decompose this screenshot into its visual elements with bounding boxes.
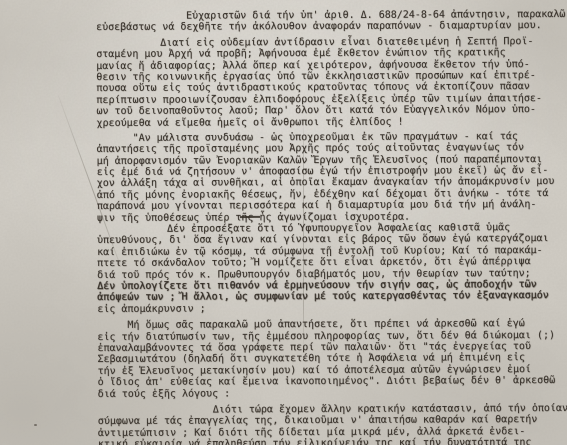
document-line: διά τούς ἑξῆς λόγους : <box>98 386 567 399</box>
paragraph-new-state-situation: Διότι τώρα ἔχομεν ἄλλην κρατικήν κατάστα… <box>98 403 567 445</box>
document-line: εἰς ἀπομάκρυνσιν ; <box>97 302 567 315</box>
paragraph-security-ministry: Δέν ἐπροσέξατε ὅτι τό Ὑφυπουργεῖον Ἀσφαλ… <box>97 222 567 315</box>
document-line: κτική εὐκαιρία νά ἐπαληθεύση τήν εἰλικρί… <box>98 437 567 445</box>
typewritten-text-block: Εὐχαριστῶν διά τήν ὑπ' ἀριθ. Δ. 688/24-8… <box>96 9 567 445</box>
document-line: εὐσεβάστως νά δεχθῆτε τήν ἀκόλουθον ἀναφ… <box>96 20 567 33</box>
paragraph-why-no-reaction: Διατί εἰς οὐδεμίαν ἀντίδρασιν εἶναι διατ… <box>96 36 567 129</box>
document-line: χρεούμεθα νά εἴμεθα ἡμεῖς οἱ ἄνθρωποι τῆ… <box>96 115 567 128</box>
paragraph-do-not-answer: Μή ὅμως σᾶς παρακαλῶ μοῦ ἀπαντήσετε, ὅτι… <box>97 318 567 400</box>
scanned-document-page: Εὐχαριστῶν διά τήν ὑπ' ἀριθ. Δ. 688/24-8… <box>0 0 567 445</box>
strikethrough-mark <box>240 216 260 219</box>
paragraph-thanks-intro: Εὐχαριστῶν διά τήν ὑπ' ἀριθ. Δ. 688/24-8… <box>96 9 567 34</box>
paragraph-combined-complaints: "Αν μάλιστα συνδυάσω - ὡς ὑποχρεοῦμαι ἐκ… <box>97 131 567 224</box>
document-line: ων τοῦ δεινοπαθοῦντος λαοῦ; Παρ' ὅλον ὅτ… <box>96 104 567 117</box>
ink-fleck <box>34 424 37 426</box>
document-line: ἀπόψεών των ; Ἤ ἄλλοι, ὡς συμφωνίαν μέ τ… <box>97 290 567 303</box>
document-line: παράπονά μου γίνονται περισσότερα καί ἡ … <box>97 199 567 212</box>
document-line: ὁ ἴδιος ἀπ' εὐθείας καί ἔμεινα ἱκανοποιη… <box>98 375 567 388</box>
